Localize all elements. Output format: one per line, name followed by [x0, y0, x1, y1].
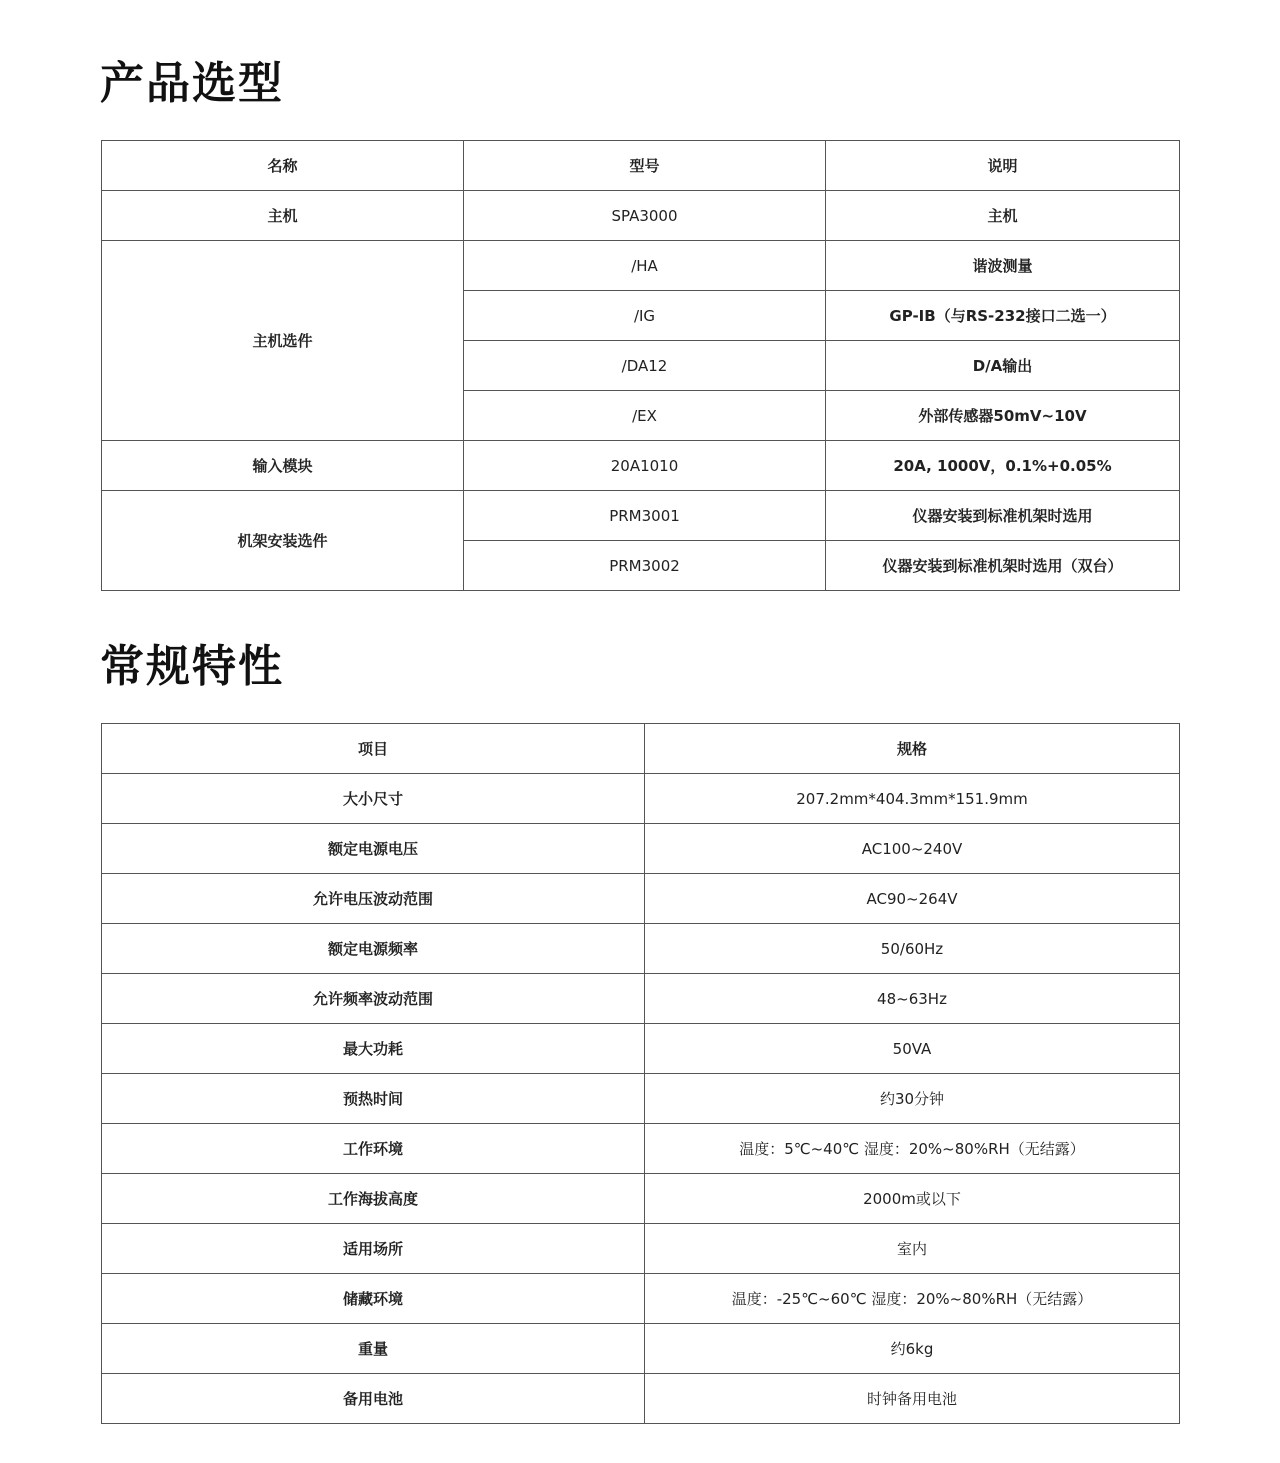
- row-model: PRM3001: [464, 491, 826, 541]
- header-description: 说明: [826, 141, 1180, 191]
- spec-value: 50VA: [645, 1024, 1180, 1074]
- spec-value: AC90~264V: [645, 874, 1180, 924]
- table-row: 最大功耗50VA: [102, 1024, 1180, 1074]
- spec-value: AC100~240V: [645, 824, 1180, 874]
- table-row: 允许频率波动范围48~63Hz: [102, 974, 1180, 1024]
- table-row: 重量约6kg: [102, 1324, 1180, 1374]
- row-model: 20A1010: [464, 441, 826, 491]
- general-characteristics-table: 项目 规格 大小尺寸207.2mm*404.3mm*151.9mm 额定电源电压…: [101, 723, 1180, 1424]
- spec-value: 约6kg: [645, 1324, 1180, 1374]
- spec-value: 室内: [645, 1224, 1180, 1274]
- row-description: 谐波测量: [826, 241, 1180, 291]
- spec-item: 最大功耗: [102, 1024, 645, 1074]
- spec-value: 50/60Hz: [645, 924, 1180, 974]
- table-row: 工作环境温度：5℃~40℃ 湿度：20%~80%RH（无结露）: [102, 1124, 1180, 1174]
- table-row: 机架安装选件 PRM3001 仪器安装到标准机架时选用: [102, 491, 1180, 541]
- table-header-row: 名称 型号 说明: [102, 141, 1180, 191]
- spec-item: 预热时间: [102, 1074, 645, 1124]
- spec-item: 工作海拔高度: [102, 1174, 645, 1224]
- header-item: 项目: [102, 724, 645, 774]
- spec-item: 储藏环境: [102, 1274, 645, 1324]
- row-model: SPA3000: [464, 191, 826, 241]
- spec-value: 时钟备用电池: [645, 1374, 1180, 1424]
- row-model: /DA12: [464, 341, 826, 391]
- table-row: 主机选件 /HA 谐波测量: [102, 241, 1180, 291]
- spec-item: 工作环境: [102, 1124, 645, 1174]
- row-name: 主机: [102, 191, 464, 241]
- table-row: 主机 SPA3000 主机: [102, 191, 1180, 241]
- spec-item: 备用电池: [102, 1374, 645, 1424]
- table-row: 预热时间约30分钟: [102, 1074, 1180, 1124]
- row-model: /IG: [464, 291, 826, 341]
- table-row: 大小尺寸207.2mm*404.3mm*151.9mm: [102, 774, 1180, 824]
- spec-value: 207.2mm*404.3mm*151.9mm: [645, 774, 1180, 824]
- table-row: 储藏环境温度：-25℃~60℃ 湿度：20%~80%RH（无结露）: [102, 1274, 1180, 1324]
- table-row: 工作海拔高度2000m或以下: [102, 1174, 1180, 1224]
- table-row: 备用电池时钟备用电池: [102, 1374, 1180, 1424]
- spec-value: 温度：5℃~40℃ 湿度：20%~80%RH（无结露）: [645, 1124, 1180, 1174]
- spec-item: 额定电源频率: [102, 924, 645, 974]
- spec-item: 适用场所: [102, 1224, 645, 1274]
- header-name: 名称: [102, 141, 464, 191]
- row-model: /EX: [464, 391, 826, 441]
- table-row: 额定电源频率50/60Hz: [102, 924, 1180, 974]
- section-title-product-selection: 产品选型: [100, 62, 284, 106]
- spec-item: 大小尺寸: [102, 774, 645, 824]
- row-description: 主机: [826, 191, 1180, 241]
- row-name: 机架安装选件: [102, 491, 464, 591]
- row-description: D/A输出: [826, 341, 1180, 391]
- product-selection-table: 名称 型号 说明 主机 SPA3000 主机 主机选件 /HA 谐波测量 /IG…: [101, 140, 1180, 591]
- table-header-row: 项目 规格: [102, 724, 1180, 774]
- row-description: 20A, 1000V，0.1%+0.05%: [826, 441, 1180, 491]
- spec-value: 温度：-25℃~60℃ 湿度：20%~80%RH（无结露）: [645, 1274, 1180, 1324]
- table-row: 允许电压波动范围AC90~264V: [102, 874, 1180, 924]
- spec-value: 2000m或以下: [645, 1174, 1180, 1224]
- row-model: /HA: [464, 241, 826, 291]
- section-title-general-characteristics: 常规特性: [100, 645, 284, 689]
- spec-item: 重量: [102, 1324, 645, 1374]
- spec-item: 允许频率波动范围: [102, 974, 645, 1024]
- spec-item: 额定电源电压: [102, 824, 645, 874]
- spec-value: 48~63Hz: [645, 974, 1180, 1024]
- table-row: 输入模块 20A1010 20A, 1000V，0.1%+0.05%: [102, 441, 1180, 491]
- row-description: GP-IB（与RS-232接口二选一）: [826, 291, 1180, 341]
- row-name: 输入模块: [102, 441, 464, 491]
- row-description: 仪器安装到标准机架时选用: [826, 491, 1180, 541]
- table-row: 额定电源电压AC100~240V: [102, 824, 1180, 874]
- row-name: 主机选件: [102, 241, 464, 441]
- spec-value: 约30分钟: [645, 1074, 1180, 1124]
- header-spec: 规格: [645, 724, 1180, 774]
- header-model: 型号: [464, 141, 826, 191]
- table-row: 适用场所室内: [102, 1224, 1180, 1274]
- row-description: 仪器安装到标准机架时选用（双台）: [826, 541, 1180, 591]
- spec-item: 允许电压波动范围: [102, 874, 645, 924]
- row-description: 外部传感器50mV~10V: [826, 391, 1180, 441]
- row-model: PRM3002: [464, 541, 826, 591]
